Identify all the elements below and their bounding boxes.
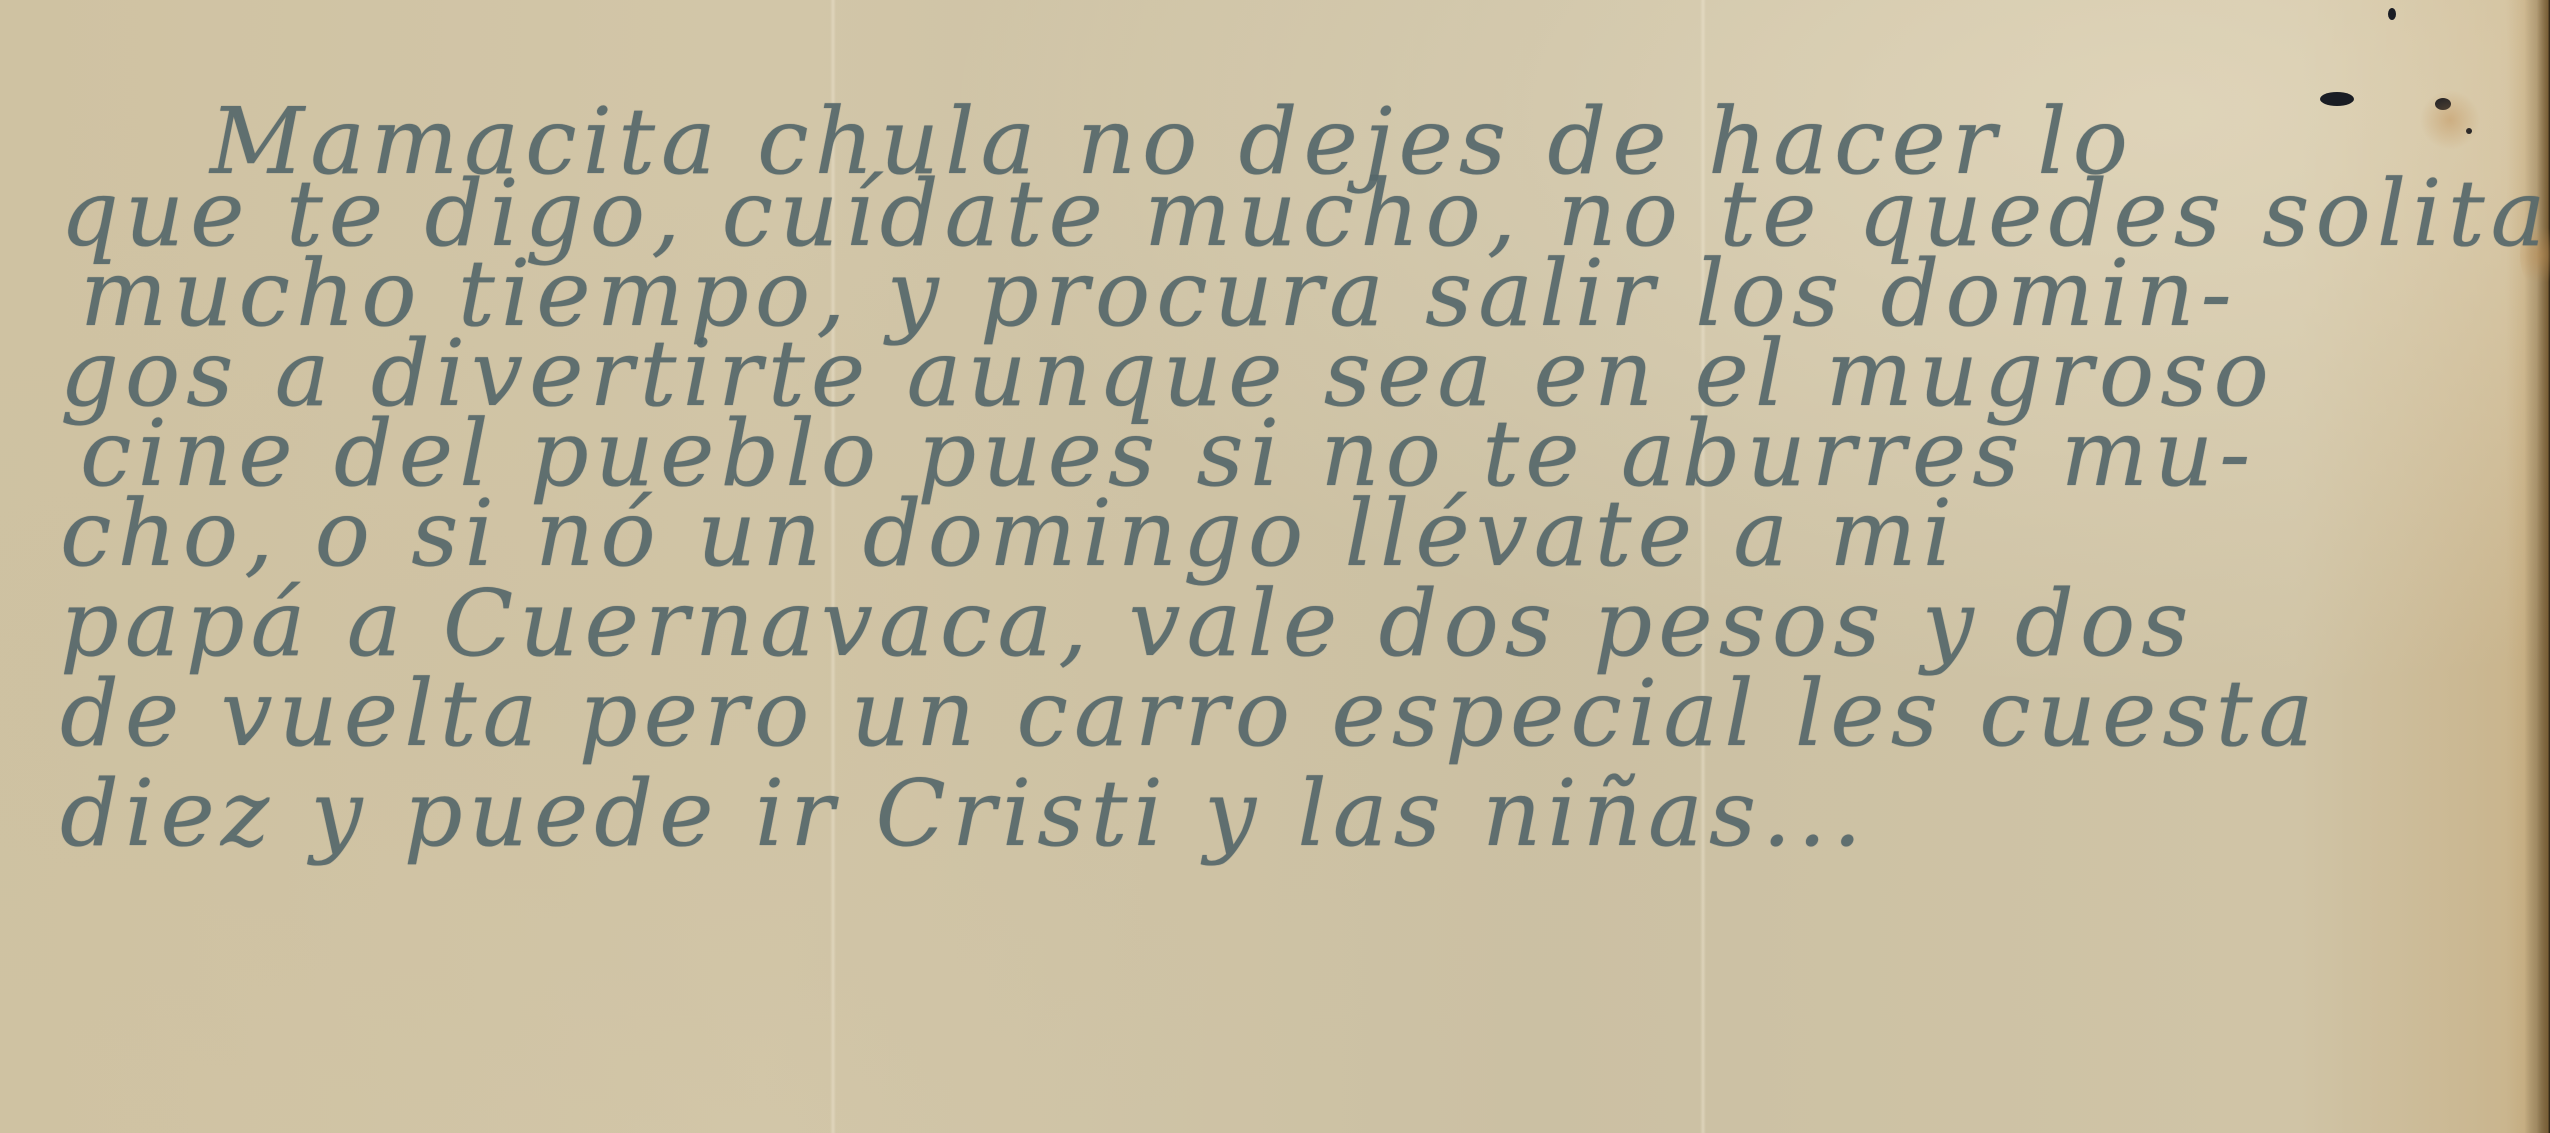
ink-blot-mark	[2320, 92, 2354, 106]
letter-page: Mamacita chula no dejes de hacer lo que …	[0, 0, 2550, 1133]
letter-line-8: de vuelta pero un carro especial les cue…	[60, 660, 2319, 767]
rust-stain	[2420, 90, 2480, 150]
paper-hole-mark	[2388, 8, 2396, 20]
letter-line-9: diez y puede ir Cristi y las niñas...	[60, 760, 1868, 867]
